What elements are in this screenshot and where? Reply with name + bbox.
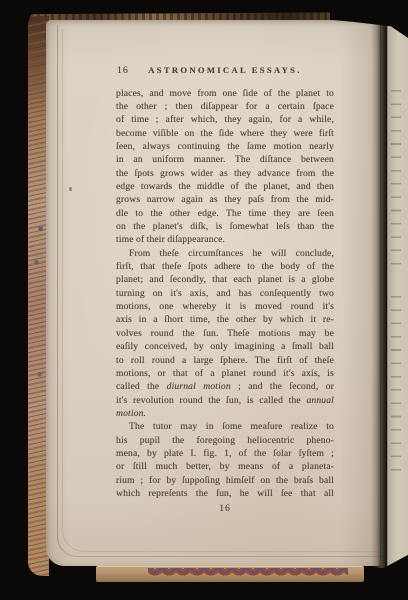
italic-term-diurnal-motion: diurnal motion [167,381,231,392]
text-line: motions, or that of a planet round it's … [116,367,334,380]
running-title: ASTRONOMICAL ESSAYS. [116,64,334,77]
text-line: ſeen, always continuing the ſame motion … [116,140,334,153]
italic-term-motion: motion. [116,408,146,419]
text-line: dle to the other edge. The time they are… [116,207,334,220]
text-line: eaſily conceived, by only imagining a ſm… [116,340,334,353]
gutter-shadow [371,20,387,568]
book-bottom-edge [96,566,364,582]
text-line: turning on it's axis, and has conſequent… [116,287,334,300]
book-photograph: 16 ASTRONOMICAL ESSAYS. places, and move… [0,0,408,600]
facing-page-sliver [387,26,408,572]
text-segment: called the [116,381,167,392]
text-line: firſt, that theſe ſpots adhere to the bo… [116,260,334,273]
text-line: called the diurnal motion ; and the ſeco… [116,380,334,393]
text-line: to roll round a large ſphere. The firſt … [116,354,334,367]
text-line: the other ; then diſappear for a certain… [116,100,334,113]
text-line: edge towards the middle of the planet, a… [116,180,334,193]
text-line: axis in a ſhort time, the other by which… [116,313,334,326]
foxing-spot [69,187,72,191]
text-segment: ; and the ſecond, or [231,381,334,392]
text-line: grows narrow again as they paſs from the… [116,193,334,206]
running-head: 16 ASTRONOMICAL ESSAYS. [116,64,334,77]
text-line: From theſe circumſtances he will conclud… [116,247,334,260]
text-line: the ſpots grows wider as they advance fr… [116,167,334,180]
text-line: it's revolution round the ſun, is called… [116,394,334,407]
text-line: become viſible on the ſide where they we… [116,127,334,140]
text-line: mena, by plate I. fig. 1, of the ſolar ſ… [116,447,334,460]
text-line: rium ; for by ſuppoſing himſelf on the b… [116,474,334,487]
text-line: places, and move from one ſide of the pl… [116,87,334,100]
book-page: 16 ASTRONOMICAL ESSAYS. places, and move… [46,20,380,566]
text-line: or ſtill much better, by means of a plan… [116,460,334,473]
text-line: of time ; after which, they again, for a… [116,113,334,126]
facing-page-text-fragments [391,296,401,481]
text-line: time of their diſappearance. [116,233,334,246]
text-line: which repreſents the ſun, he will ſee th… [116,487,334,500]
text-line: volves round the ſun. Theſe motions may … [116,327,334,340]
facing-page-text-fragments [391,90,401,270]
text-line: motion. [116,407,334,420]
text-line: The tutor may in ſome meaſure realize to [116,420,334,433]
text-line: motions, one whereby it is moved round i… [116,300,334,313]
text-line: on the planet's diſk, is ſomewhat leſs t… [116,220,334,233]
text-segment: it's revolution round the ſun, is called… [116,395,306,406]
page-number-top: 16 [117,64,129,77]
page-number-bottom: 16 [116,502,334,515]
italic-term-annual: annual [306,395,334,406]
text-line: planet; and ſecondly, that each planet i… [116,273,334,286]
marbled-edge-pattern [148,568,348,581]
printed-text-block: 16 ASTRONOMICAL ESSAYS. places, and move… [116,64,334,516]
text-line: in an uniform manner. The diſtance betwe… [116,153,334,166]
text-line: his pupil the foregoing heliocentric phe… [116,434,334,447]
